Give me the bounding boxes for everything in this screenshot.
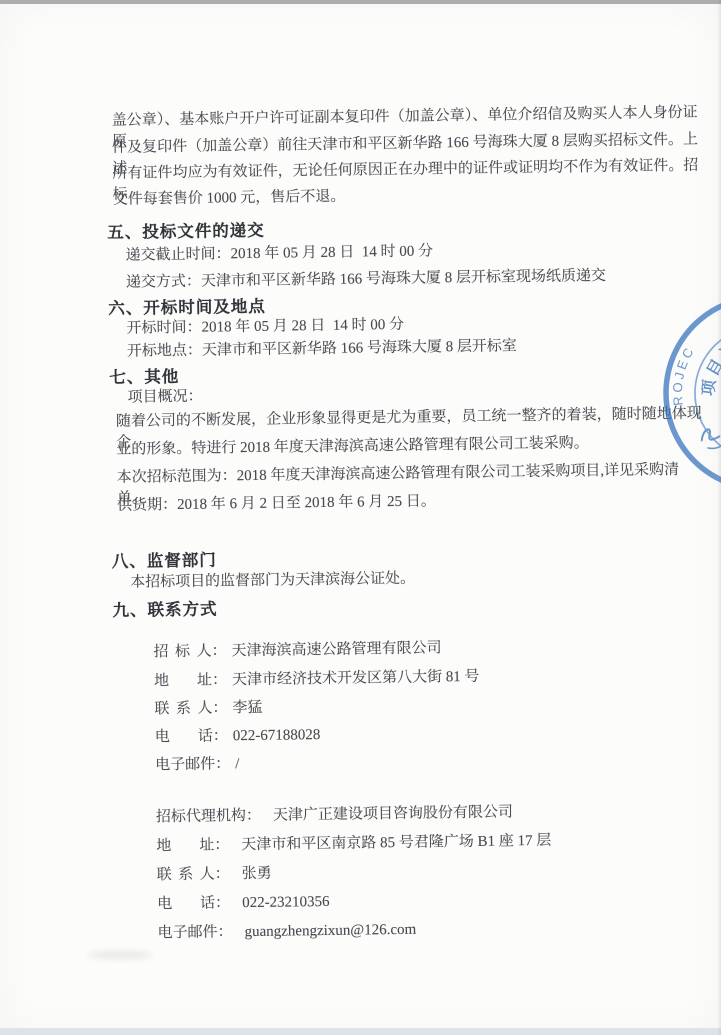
contact-label: 电子邮件 [155,753,215,775]
contact-value: 天津市经济技术开发区第八大街 81 号 [232,669,480,688]
section-six-title: 六、开标时间及地点 [108,293,266,319]
intro-line: 文件每套售价 1000 元，售后不退。 [113,187,346,211]
section-seven-title: 七、其他 [109,363,179,388]
contact-colon: ： [215,756,230,772]
contact-colon: ： [217,924,232,940]
scanned-tender-document-page: 盖公章）、基本账户开户许可证副本复印件（加盖公章）、单位介绍信及购买人本人身份证… [0,0,721,1035]
supervision-dept-line: 本招标项目的监督部门为天津滨海公证处。 [130,569,415,594]
contact-value: guangzhengzixun@126.com [244,922,416,940]
submission-deadline-line: 递交截止时间：2018 年 05 月 28 日 14 时 00 分 [125,241,433,266]
scan-right-edge [717,0,721,1035]
bid-opening-time-line: 开标时间：2018 年 05 月 28 日 14 时 00 分 [126,315,404,340]
contact-value: 022-67188028 [233,727,321,744]
project-overview-label: 项目概况： [127,387,202,409]
contact-label: 电子邮件 [157,921,217,943]
bid-opening-place-line: 开标地点：天津市和平区新华路 166 号海珠大厦 8 层开标室 [127,336,517,362]
supply-period-line: 供货期：2018 年 6 月 2 日至 2018 年 6 月 25 日。 [117,491,436,516]
contact-value: 天津市和平区南京路 85 号君隆广场 B1 座 17 层 [241,833,551,853]
contact-row-agency-email: 电子邮件：guangzhengzixun@126.com [135,901,417,960]
contact-value: / [235,756,239,772]
section-eight-title: 八、监督部门 [112,546,217,571]
scan-bottom-edge [0,1028,721,1035]
stamp-handwritten-mark [699,427,719,443]
notary-stamp-icon: ROJEC 项目咨 ✳ [645,292,721,502]
scan-top-edge [0,0,721,4]
section-nine-title: 九、联系方式 [112,595,217,620]
contact-row-bidder-email: 电子邮件：/ [132,735,239,791]
submission-method-line: 递交方式：天津市和平区新华路 166 号海珠大厦 8 层开标室现场纸质递交 [126,266,606,294]
section-five-title: 五、投标文件的递交 [107,217,265,243]
